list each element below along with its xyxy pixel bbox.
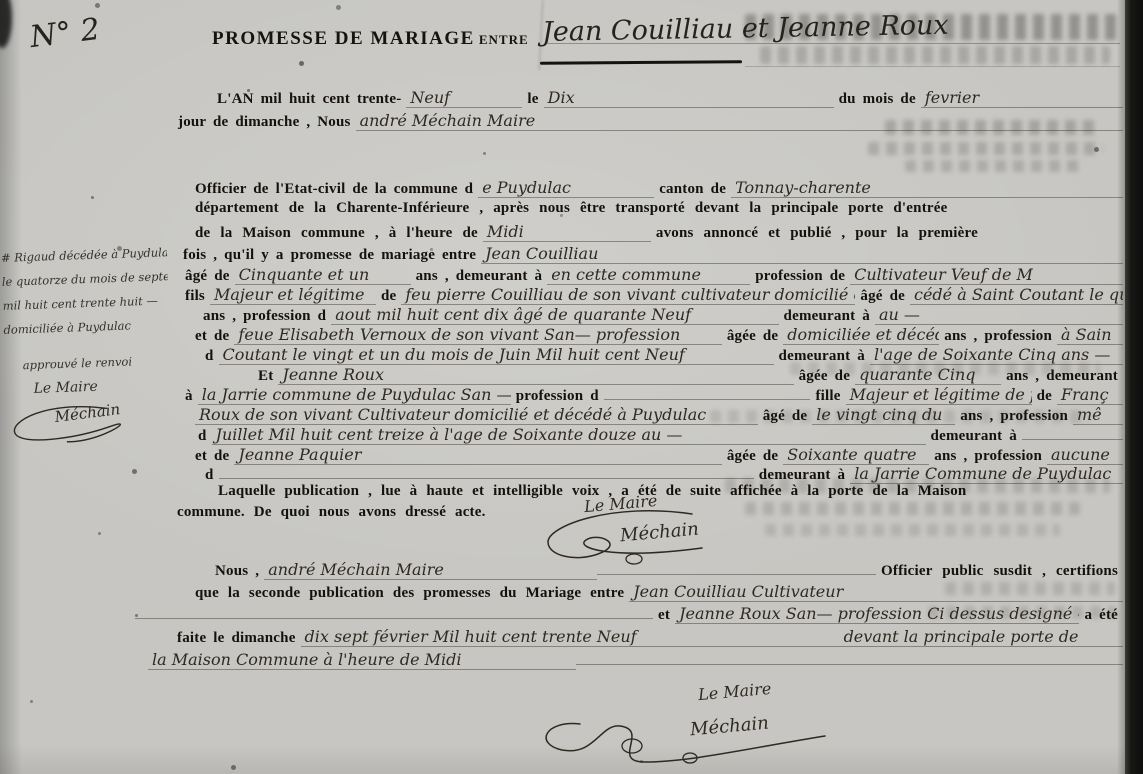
handwritten-text: Jeanne Paquier bbox=[234, 445, 721, 465]
form-line: faite le dimanche dix sept février Mil h… bbox=[170, 627, 1123, 648]
handwritten-text: le vingt cinq du bbox=[812, 405, 955, 425]
scan-corner-blot bbox=[0, 0, 12, 48]
printed-text: Officier de l'Etat-civil de la commune d bbox=[190, 181, 478, 198]
printed-text: d bbox=[193, 428, 212, 445]
printed-text: d bbox=[200, 348, 219, 365]
handwritten-text: la Jarrie commune de Puydulac San — bbox=[198, 385, 511, 405]
printed-text: L'AN mil huit cent trente- bbox=[212, 91, 406, 108]
printed-text: âgé de bbox=[180, 268, 235, 285]
act-number: N° 2 bbox=[28, 12, 102, 55]
printed-text: Officier public susdit , certifions bbox=[876, 563, 1123, 580]
blank-rule bbox=[219, 478, 754, 479]
printed-text: le bbox=[522, 91, 543, 108]
form-line: d Juillet Mil huit cent treize à l'age d… bbox=[170, 425, 1123, 446]
form-line: d demeurant à la Jarrie Commune de Puydu… bbox=[170, 464, 1123, 485]
handwritten-text: l'age de Soixante Cinq ans — bbox=[870, 345, 1123, 365]
printed-text: ans , profession bbox=[939, 328, 1057, 345]
handwritten-text: Coutant le vingt et un du mois de Juin M… bbox=[219, 345, 774, 365]
form-line: Roux de son vivant Cultivateur domicilié… bbox=[170, 405, 1123, 426]
printed-text: à bbox=[180, 388, 198, 405]
handwritten-text: andré Méchain Maire bbox=[356, 111, 1123, 131]
printed-text: ans , demeurant à bbox=[411, 268, 548, 285]
form-line: et de Jeanne Paquier âgée de Soixante qu… bbox=[170, 445, 1123, 466]
printed-text: demeurant à bbox=[774, 348, 870, 365]
form-line: fils Majeur et légitime de feu pierre Co… bbox=[170, 285, 1123, 306]
handwritten-text: Jeanne Roux bbox=[278, 365, 793, 385]
printed-text: d bbox=[200, 467, 219, 484]
printed-text: avons annoncé et publié , pour la premiè… bbox=[651, 225, 983, 242]
document-page: N° 2 PROMESSE DE MARIAGE ENTRE Jean Coui… bbox=[0, 0, 1143, 774]
printed-text: faite le dimanche bbox=[172, 630, 301, 647]
handwritten-text: Juillet Mil huit cent treize à l'age de … bbox=[212, 425, 926, 445]
printed-text: commune. De quoi nous avons dressé acte. bbox=[172, 504, 491, 521]
handwritten-text: Dix bbox=[544, 88, 834, 108]
printed-text: âgée de bbox=[794, 368, 855, 385]
printed-text: âgée de bbox=[722, 328, 783, 345]
handwritten-text: Cultivateur Veuf de M bbox=[850, 265, 1123, 285]
margin-annotation: # Rigaud décédée à Puydulac le quatorze … bbox=[1, 240, 174, 444]
handwritten-text: Majeur et légitime bbox=[210, 285, 376, 305]
printed-text: âgée de bbox=[722, 448, 783, 465]
printed-text: du mois de bbox=[834, 91, 921, 108]
signature-flourish bbox=[542, 510, 712, 565]
printed-text: département de la Charente-Inférieure , … bbox=[190, 200, 952, 217]
form-line: ans , profession d aout mil huit cent di… bbox=[170, 305, 1123, 326]
printed-text: de bbox=[376, 288, 401, 305]
form-line: jour de dimanche , Nous andré Méchain Ma… bbox=[170, 111, 1123, 132]
form-line: fois , qu'il y a promesse de mariage ent… bbox=[170, 244, 1123, 265]
form-line: d Coutant le vingt et un du mois de Juin… bbox=[170, 345, 1123, 366]
signature-title: Le Maire bbox=[697, 679, 772, 704]
handwritten-text: au — bbox=[875, 305, 1123, 325]
printed-text: canton de bbox=[654, 181, 731, 198]
handwritten-text: feu pierre Couilliau de son vivant culti… bbox=[401, 285, 855, 305]
printed-text: fois , qu'il y a promesse de mariage ent… bbox=[178, 247, 481, 264]
handwritten-text: cédé à Saint Coutant le quat bbox=[910, 285, 1123, 305]
form-line: la Maison Commune à l'heure de Midi bbox=[148, 650, 1123, 671]
signature-flourish bbox=[540, 706, 840, 766]
printed-text: profession de bbox=[750, 268, 850, 285]
handwritten-text: dix sept février Mil huit cent trente Ne… bbox=[301, 627, 840, 647]
form-line: Et Jeanne Roux âgée de quarante Cinq ans… bbox=[170, 365, 1123, 386]
bottom-signature-block: Le Maire Méchain bbox=[540, 676, 850, 772]
handwritten-text: Roux de son vivant Cultivateur domicilié… bbox=[195, 405, 758, 425]
form-line: département de la Charente-Inférieure , … bbox=[170, 200, 1123, 221]
printed-text: âgé de bbox=[855, 288, 910, 305]
printed-text: ans , demeurant bbox=[1001, 368, 1123, 385]
page-binding-strip bbox=[1125, 0, 1143, 774]
form-line: Nous , andré Méchain Maire Officier publ… bbox=[170, 560, 1123, 581]
handwritten-text: Tonnay-charente bbox=[731, 178, 1123, 198]
printed-text: et de bbox=[190, 328, 234, 345]
printed-text: ans , profession bbox=[955, 408, 1073, 425]
form-line: et Jeanne Roux San— profession Ci dessus… bbox=[135, 604, 1123, 625]
blank-rule bbox=[135, 618, 653, 619]
form-line: que la seconde publication des promesses… bbox=[170, 582, 1123, 603]
handwritten-text: Franç bbox=[1057, 385, 1123, 405]
blank-rule bbox=[576, 664, 1123, 665]
handwritten-text: Cinquante et un bbox=[235, 265, 411, 285]
blank-rule bbox=[597, 574, 876, 575]
paper-specks bbox=[0, 0, 3, 3]
printed-text: demeurant à bbox=[754, 467, 850, 484]
form-line: Officier de l'Etat-civil de la commune d… bbox=[170, 178, 1123, 199]
printed-text: profession d bbox=[511, 388, 604, 405]
handwritten-text: Jeanne Roux San— profession Ci dessus de… bbox=[675, 604, 1079, 624]
printed-text: et bbox=[653, 607, 675, 624]
handwritten-text: à Sain bbox=[1057, 325, 1123, 345]
printed-text: fils bbox=[180, 288, 210, 305]
form-line: de la Maison commune , à l'heure de Midi… bbox=[170, 222, 1123, 243]
form-line: à la Jarrie commune de Puydulac San — pr… bbox=[170, 385, 1123, 406]
handwritten-text: feue Elisabeth Vernoux de son vivant San… bbox=[234, 325, 721, 345]
blank-rule bbox=[604, 399, 811, 400]
handwritten-text: Jean Couilliau bbox=[481, 244, 1123, 264]
printed-text: ans , profession bbox=[929, 448, 1047, 465]
printed-text: de la Maison commune , à l'heure de bbox=[190, 225, 483, 242]
form-body: L'AN mil huit cent trente- Neuf le Dix d… bbox=[170, 0, 1123, 774]
signature-flourish bbox=[6, 403, 157, 448]
printed-text: âgé de bbox=[758, 408, 813, 425]
printed-text: Et bbox=[253, 368, 278, 385]
handwritten-text: e Puydulac bbox=[478, 178, 654, 198]
printed-text: que la seconde publication des promesses… bbox=[190, 585, 629, 602]
handwritten-text: la Maison Commune à l'heure de Midi bbox=[148, 650, 576, 670]
handwritten-text: aout mil huit cent dix âgé de quarante N… bbox=[331, 305, 778, 325]
form-line: et de feue Elisabeth Vernoux de son viva… bbox=[170, 325, 1123, 346]
printed-text: demeurant à bbox=[926, 428, 1022, 445]
handwritten-text: devant la principale porte de bbox=[840, 627, 1123, 647]
handwritten-text: Neuf bbox=[406, 88, 522, 108]
printed-text: demeurant à bbox=[779, 308, 875, 325]
handwritten-text: domiciliée et décédée bbox=[783, 325, 939, 345]
handwritten-text: Majeur et légitime de feu bbox=[846, 385, 1032, 405]
handwritten-text: andré Méchain Maire bbox=[264, 560, 597, 580]
handwritten-text: mê bbox=[1073, 405, 1123, 425]
handwritten-text: en cette commune bbox=[547, 265, 750, 285]
printed-text: ans , profession d bbox=[198, 308, 331, 325]
handwritten-text: Midi bbox=[483, 222, 651, 242]
printed-text: jour de dimanche , Nous bbox=[173, 114, 356, 131]
printed-text: et de bbox=[190, 448, 234, 465]
handwritten-text: quarante Cinq bbox=[855, 365, 1001, 385]
form-line: âgé de Cinquante et un ans , demeurant à… bbox=[170, 265, 1123, 286]
printed-text: de bbox=[1032, 388, 1057, 405]
printed-text: Nous , bbox=[210, 563, 264, 580]
handwritten-text: fevrier bbox=[921, 88, 1123, 108]
form-line: L'AN mil huit cent trente- Neuf le Dix d… bbox=[170, 88, 1123, 109]
handwritten-text: la Jarrie Commune de Puydulac bbox=[850, 464, 1123, 484]
printed-text: a été bbox=[1079, 607, 1123, 624]
mid-signature-block: Le Maire Méchain bbox=[542, 492, 792, 562]
printed-text: fille bbox=[810, 388, 845, 405]
blank-rule bbox=[1022, 439, 1123, 440]
handwritten-text: Soixante quatre bbox=[783, 445, 929, 465]
handwritten-text: Jean Couilliau Cultivateur bbox=[629, 582, 1123, 602]
handwritten-text: aucune bbox=[1047, 445, 1123, 465]
margin-signature-block: Méchain bbox=[6, 396, 173, 444]
